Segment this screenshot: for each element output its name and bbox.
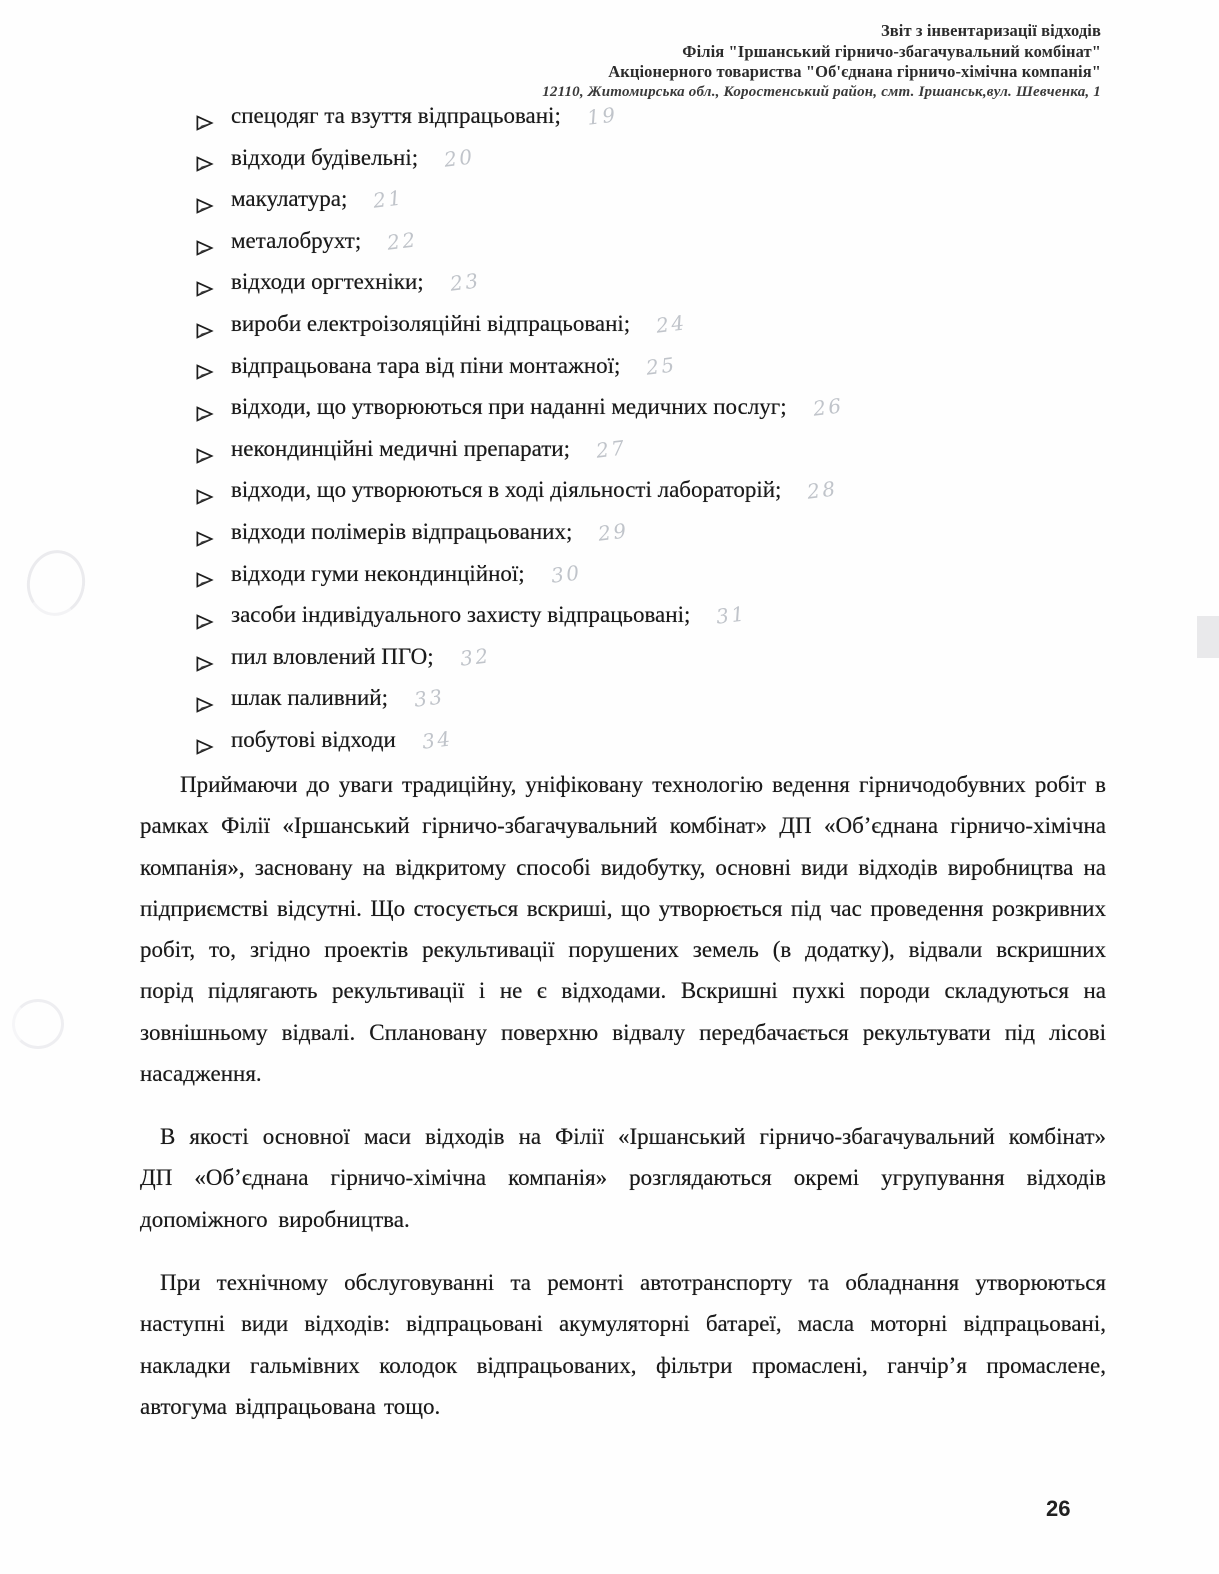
handwritten-number: 24 [655, 310, 688, 338]
header-branch-name: Філія "Іршанський гірничо-збагачувальний… [542, 42, 1101, 63]
handwritten-number: 22 [386, 227, 419, 255]
arrow-bullet-icon [195, 114, 214, 137]
arrow-bullet-icon [195, 530, 214, 553]
list-item: відходи полімерів відпрацьованих; 29 [195, 519, 843, 561]
list-item-text: відходи гуми некондинційної; [231, 561, 525, 587]
header-company-name: Акціонерного товариства "Об'єднана гірни… [542, 62, 1101, 83]
list-item: відходи, що утворюються при наданні меди… [195, 394, 843, 436]
list-item: пил вловлений ПГО; 32 [195, 644, 843, 686]
handwritten-number: 23 [448, 269, 481, 297]
list-item: відходи оргтехніки; 23 [195, 269, 843, 311]
list-item-text: вироби електроізоляційні відпрацьовані; [231, 311, 630, 337]
list-item-text: засоби індивідуального захисту відпрацьо… [231, 602, 690, 628]
list-item-text: металобрухт; [231, 228, 361, 254]
list-item-text: відходи, що утворюються в ході діяльност… [231, 477, 781, 503]
scanned-document-page: Звіт з інвентаризації відходів Філія "Ір… [0, 0, 1219, 1574]
handwritten-number: 26 [811, 393, 844, 421]
handwritten-number: 27 [595, 435, 628, 463]
list-item-text: некондинційні медичні препарати; [231, 436, 570, 462]
list-item: засоби індивідуального захисту відпрацьо… [195, 602, 843, 644]
header-address: 12110, Житомирська обл., Коростенський р… [542, 83, 1101, 102]
list-item: некондинційні медичні препарати; 27 [195, 436, 843, 478]
list-item-text: пил вловлений ПГО; [231, 644, 434, 670]
scan-edge-mark [1197, 616, 1219, 658]
arrow-bullet-icon [195, 322, 214, 345]
handwritten-number: 29 [597, 518, 630, 546]
page-number: 26 [1046, 1496, 1070, 1522]
paragraph-main-waste: В якості основної маси відходів на Філії… [140, 1116, 1106, 1240]
list-item: спецодяг та взуття відпрацьовані; 19 [195, 103, 843, 145]
arrow-bullet-icon [195, 405, 214, 428]
list-item-text: макулатура; [231, 186, 347, 212]
list-item: відходи, що утворюються в ході діяльност… [195, 477, 843, 519]
handwritten-number: 33 [413, 685, 446, 713]
list-item-text: відходи будівельні; [231, 145, 418, 171]
handwritten-number: 34 [420, 726, 453, 754]
handwritten-number: 30 [549, 560, 582, 588]
arrow-bullet-icon [195, 738, 214, 761]
arrow-bullet-icon [195, 447, 214, 470]
punch-hole-artifact [12, 999, 64, 1049]
arrow-bullet-icon [195, 571, 214, 594]
list-item: вироби електроізоляційні відпрацьовані; … [195, 311, 843, 353]
list-item: відходи будівельні; 20 [195, 145, 843, 187]
list-item-text: відходи, що утворюються при наданні меди… [231, 394, 787, 420]
arrow-bullet-icon [195, 696, 214, 719]
list-item-text: спецодяг та взуття відпрацьовані; [231, 103, 561, 129]
document-header: Звіт з інвентаризації відходів Філія "Ір… [542, 21, 1101, 102]
arrow-bullet-icon [195, 488, 214, 511]
paragraph-vehicle-maintenance: При технічному обслуговуванні та ремонті… [140, 1262, 1106, 1427]
handwritten-number: 32 [458, 643, 491, 671]
list-item-text: відходи полімерів відпрацьованих; [231, 519, 572, 545]
arrow-bullet-icon [195, 363, 214, 386]
header-report-title: Звіт з інвентаризації відходів [542, 21, 1101, 42]
arrow-bullet-icon [195, 280, 214, 303]
list-item: шлак паливний; 33 [195, 685, 843, 727]
arrow-bullet-icon [195, 655, 214, 678]
list-item-text: шлак паливний; [231, 685, 388, 711]
paragraph-overburden: Приймаючи до уваги традиційну, уніфікова… [140, 764, 1106, 1094]
arrow-bullet-icon [195, 155, 214, 178]
arrow-bullet-icon [195, 197, 214, 220]
handwritten-number: 28 [806, 477, 839, 505]
list-item: відпрацьована тара від піни монтажної; 2… [195, 353, 843, 395]
waste-types-list: спецодяг та взуття відпрацьовані; 19 від… [195, 103, 843, 769]
list-item-text: відпрацьована тара від піни монтажної; [231, 353, 620, 379]
list-item-text: побутові відходи [231, 727, 396, 753]
arrow-bullet-icon [195, 239, 214, 262]
handwritten-number: 21 [372, 185, 405, 213]
punch-hole-artifact [22, 545, 91, 620]
list-item: побутові відходи 34 [195, 727, 843, 769]
handwritten-number: 25 [645, 352, 678, 380]
handwritten-number: 19 [585, 102, 618, 130]
list-item-text: відходи оргтехніки; [231, 269, 424, 295]
list-item: відходи гуми некондинційної; 30 [195, 561, 843, 603]
list-item: макулатура; 21 [195, 186, 843, 228]
handwritten-number: 20 [443, 144, 476, 172]
arrow-bullet-icon [195, 613, 214, 636]
list-item: металобрухт; 22 [195, 228, 843, 270]
handwritten-number: 31 [715, 601, 748, 629]
